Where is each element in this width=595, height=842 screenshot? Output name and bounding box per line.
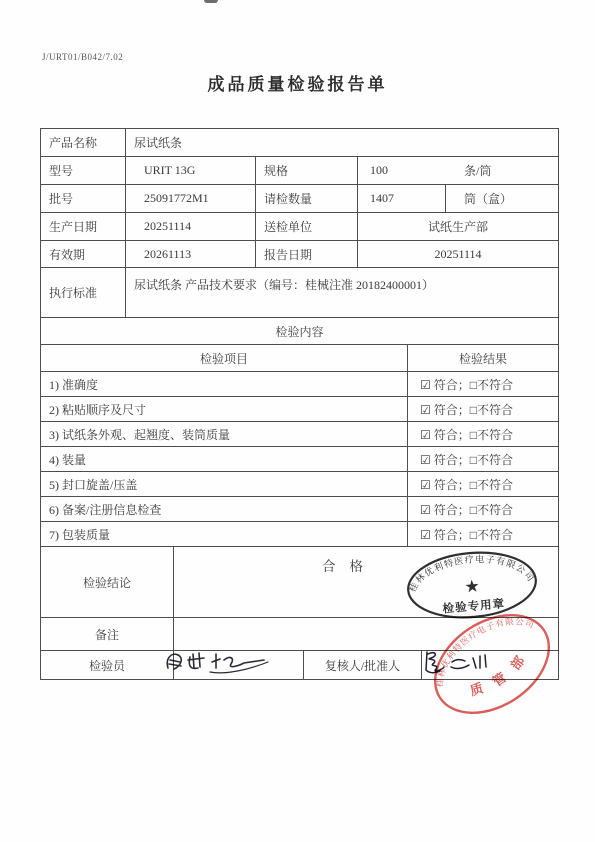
item-result: ☑ 符合；□不符合 — [408, 447, 558, 472]
model-label: 型号 — [41, 157, 126, 185]
item-result: ☑ 符合；□不符合 — [408, 422, 558, 447]
scan-artifact — [204, 0, 218, 3]
inspector-label: 检验员 — [41, 651, 174, 679]
item-result: ☑ 符合；□不符合 — [408, 522, 558, 547]
report-page: J/URT01/B042/7.02 成品质量检验报告单 产品名称 尿试纸条 型号… — [0, 0, 595, 842]
item-result: ☑ 符合；□不符合 — [408, 472, 558, 497]
item-result: ☑ 符合；□不符合 — [408, 372, 558, 397]
prod-date-value: 20251114 — [126, 213, 256, 241]
section-header-row: 检验内容 — [41, 318, 558, 345]
item-label: 5) 封口旋盖/压盖 — [41, 472, 408, 497]
spec-unit: 条/筒 — [446, 157, 558, 185]
report-date-label: 报告日期 — [256, 241, 358, 268]
inspection-item-row: 4) 装量 ☑ 符合；□不符合 — [41, 447, 558, 472]
item-result: ☑ 符合；□不符合 — [408, 497, 558, 522]
item-label: 2) 粘贴顺序及尺寸 — [41, 397, 408, 422]
qty-label: 请检数量 — [256, 185, 358, 213]
inspection-item-row: 6) 备案/注册信息检查 ☑ 符合；□不符合 — [41, 497, 558, 522]
table-row: 执行标准 尿试纸条 产品技术要求（编号：桂械注准 20182400001） — [41, 268, 558, 318]
table-row: 型号 URIT 13G 规格 100 条/筒 — [41, 157, 558, 185]
reviewer-label: 复核人/批准人 — [304, 651, 422, 679]
report-date-value: 20251114 — [358, 241, 558, 268]
item-label: 4) 装量 — [41, 447, 408, 472]
model-value: URIT 13G — [126, 157, 256, 185]
spec-value: 100 — [358, 157, 446, 185]
prod-date-label: 生产日期 — [41, 213, 126, 241]
document-number: J/URT01/B042/7.02 — [42, 52, 123, 62]
table-row: 批号 25091772M1 请检数量 1407 筒（盒） — [41, 185, 558, 213]
batch-label: 批号 — [41, 185, 126, 213]
result-column-header: 检验结果 — [408, 345, 558, 372]
qty-value: 1407 — [358, 185, 446, 213]
conclusion-label: 检验结论 — [41, 547, 174, 618]
table-row: 生产日期 20251114 送检单位 试纸生产部 — [41, 213, 558, 241]
sender-label: 送检单位 — [256, 213, 358, 241]
inspection-item-row: 3) 试纸条外观、起翘度、装筒质量 ☑ 符合；□不符合 — [41, 422, 558, 447]
standard-label: 执行标准 — [41, 268, 126, 318]
product-name-label: 产品名称 — [41, 129, 126, 157]
item-column-header: 检验项目 — [41, 345, 408, 372]
spec-label: 规格 — [256, 157, 358, 185]
qty-unit: 筒（盒） — [446, 185, 558, 213]
item-label: 1) 准确度 — [41, 372, 408, 397]
table-row: 有效期 20261113 报告日期 20251114 — [41, 241, 558, 268]
star-icon: ★ — [464, 576, 481, 596]
sender-value: 试纸生产部 — [358, 213, 558, 241]
table-header-row: 检验项目 检验结果 — [41, 345, 558, 372]
item-result: ☑ 符合；□不符合 — [408, 397, 558, 422]
expiry-label: 有效期 — [41, 241, 126, 268]
remark-label: 备注 — [41, 618, 174, 651]
table-row: 产品名称 尿试纸条 — [41, 129, 558, 157]
batch-value: 25091772M1 — [126, 185, 256, 213]
product-name-value: 尿试纸条 — [126, 129, 558, 157]
inspection-item-row: 7) 包装质量 ☑ 符合；□不符合 — [41, 522, 558, 547]
standard-value: 尿试纸条 产品技术要求（编号：桂械注准 20182400001） — [126, 268, 558, 318]
page-title: 成品质量检验报告单 — [0, 70, 595, 95]
inspection-item-row: 5) 封口旋盖/压盖 ☑ 符合；□不符合 — [41, 472, 558, 497]
inspection-item-row: 2) 粘贴顺序及尺寸 ☑ 符合；□不符合 — [41, 397, 558, 422]
conclusion-result: 合格 — [322, 555, 377, 575]
item-label: 6) 备案/注册信息检查 — [41, 497, 408, 522]
reviewer-signature — [418, 646, 490, 682]
inspector-signature — [160, 648, 280, 680]
item-label: 3) 试纸条外观、起翘度、装筒质量 — [41, 422, 408, 447]
inspection-item-row: 1) 准确度 ☑ 符合；□不符合 — [41, 372, 558, 397]
expiry-value: 20261113 — [126, 241, 256, 268]
inspection-section-title: 检验内容 — [41, 318, 558, 345]
item-label: 7) 包装质量 — [41, 522, 408, 547]
